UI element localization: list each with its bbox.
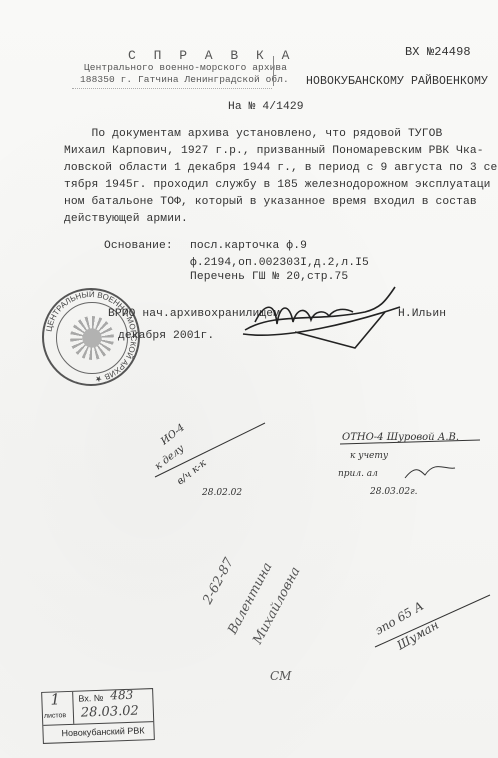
body-line: По документам архива установлено, что ря…: [64, 128, 442, 140]
header-underline: [72, 88, 272, 89]
body-line: тября 1945г. проходил службу в 185 желез…: [64, 179, 491, 191]
sheets-label: листов: [44, 712, 66, 720]
body-line: ловской области 1 декабря 1944 г., в пер…: [64, 162, 497, 174]
header-bracket: [273, 56, 274, 86]
body-line: действующей армии.: [64, 213, 188, 225]
body-line: Михаил Карпович, 1927 г.р., призванный П…: [64, 145, 484, 157]
in-no-value: 483: [110, 688, 133, 703]
svg-text:ИО-4: ИО-4: [158, 422, 187, 448]
archive-address: 188350 г. Гатчина Ленинградской обл.: [80, 74, 289, 85]
stamp-date: 28.03.02: [81, 704, 139, 721]
certificate-title: С П Р А В К А: [128, 48, 294, 63]
svg-text:28.03.02г.: 28.03.02г.: [369, 487, 418, 497]
archive-name: Центрального военно-морского архива: [84, 62, 287, 73]
sheets-count: 1: [50, 690, 60, 708]
in-no-label: Вх. №: [78, 693, 103, 704]
svg-text:2-62-87: 2-62-87: [200, 555, 237, 608]
svg-text:в/ч к-к: в/ч к-к: [175, 458, 209, 488]
issue-date: декабря 2001г.: [118, 330, 214, 342]
signatory-name: Н.Ильин: [398, 308, 446, 320]
signature-mark: [235, 282, 405, 352]
body-line: ном батальоне ТОФ, который в указанное в…: [64, 196, 477, 208]
incoming-registration-stamp: 1 листов Вх. № 483 28.03.02 Новокубански…: [41, 688, 155, 744]
handwritten-note-contact: 2-62-87 Валентина Михайловна СМ: [200, 520, 360, 690]
svg-text:к делу: к делу: [153, 443, 186, 472]
handwritten-resolution-2: ОТНО-4 Шуровой А.В. к учету прил. ал 28.…: [330, 420, 495, 500]
handwritten-resolution-1: ИО-4 к делу в/ч к-к 28.02.02: [150, 415, 275, 495]
office-name: Новокубанский РВК: [61, 725, 144, 738]
basis-line-2: ф.2194,оп.002303I,д.2,л.I5: [190, 257, 369, 269]
basis-label: Основание:: [104, 240, 173, 252]
svg-text:к учету: к учету: [350, 451, 389, 461]
handwritten-note-epo: эпо 65 А Шуман: [370, 585, 495, 655]
document-page: С П Р А В К А Центрального военно-морско…: [0, 0, 498, 758]
svg-text:28.02.02: 28.02.02: [201, 488, 242, 495]
basis-line-1: посл.карточка ф.9: [190, 240, 307, 252]
addressee: НОВОКУБАНСКОМУ РАЙВОЕНКОМУ: [306, 75, 488, 88]
reference-number: На № 4/1429: [228, 101, 304, 113]
svg-text:СМ: СМ: [270, 669, 292, 683]
incoming-number: ВХ №24498: [405, 45, 471, 59]
svg-text:прил. ал: прил. ал: [338, 469, 378, 479]
